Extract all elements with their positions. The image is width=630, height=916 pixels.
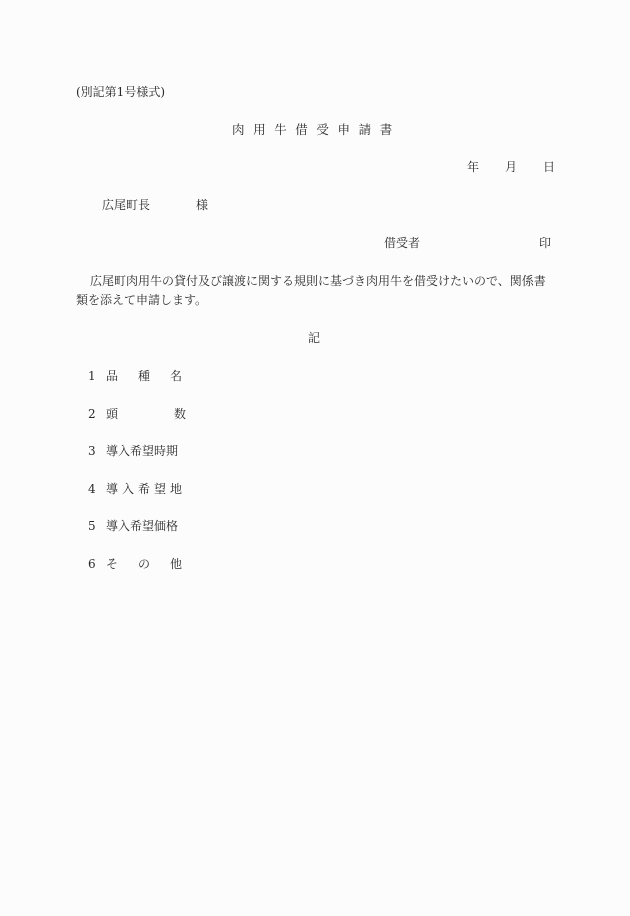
- item-number: 2: [88, 407, 106, 421]
- item-number: 1: [88, 369, 106, 383]
- addressee-honorific: 様: [196, 198, 208, 212]
- item-number: 6: [88, 557, 106, 571]
- addressee-name: 広尾町長: [102, 198, 196, 212]
- seal-mark: 印: [539, 236, 551, 250]
- date-day-label: 日: [543, 160, 555, 174]
- item-number: 4: [88, 482, 106, 496]
- date-line: 年月日: [467, 160, 555, 174]
- form-number-label: (別記第1号様式): [76, 85, 165, 99]
- date-month-label: 月: [505, 160, 543, 174]
- list-item-desired-location: 4導入希望地: [88, 482, 186, 496]
- item-label: 導入希望地: [106, 482, 186, 496]
- item-label: 品種名: [106, 369, 202, 383]
- addressee: 広尾町長様: [102, 198, 208, 212]
- item-label: 導入希望時期: [106, 444, 178, 458]
- item-number: 5: [88, 519, 106, 533]
- list-item-desired-period: 3導入希望時期: [88, 444, 178, 458]
- item-label: その他: [106, 557, 202, 571]
- application-body-text: 広尾町肉用牛の貸付及び譲渡に関する規則に基づき肉用牛を借受けたいので、関係書類を…: [76, 272, 554, 310]
- item-label: 頭数: [106, 407, 242, 421]
- list-item-breed: 1品種名: [88, 369, 202, 383]
- list-item-desired-price: 5導入希望価格: [88, 519, 178, 533]
- applicant-label: 借受者: [384, 236, 539, 250]
- date-year-label: 年: [467, 160, 505, 174]
- section-heading-ki: 記: [308, 331, 320, 345]
- document-title: 肉用牛借受申請書: [232, 123, 401, 137]
- applicant-line: 借受者印: [384, 236, 551, 250]
- list-item-head-count: 2頭数: [88, 407, 242, 421]
- item-number: 3: [88, 444, 106, 458]
- list-item-other: 6その他: [88, 557, 202, 571]
- item-label: 導入希望価格: [106, 519, 178, 533]
